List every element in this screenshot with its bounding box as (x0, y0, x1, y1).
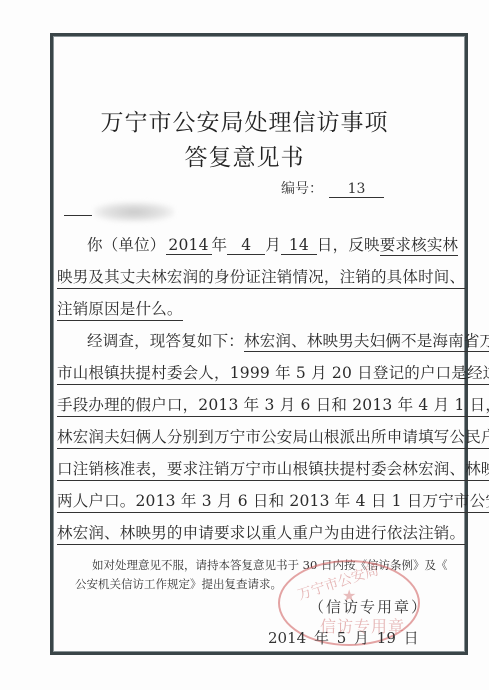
intro-line-2: 映男及其丈夫林宏润的身份证注销情况，注销的具体时间、 (57, 265, 465, 289)
document-subtitle: 答复意见书 (0, 139, 489, 172)
reply-line-2: 市山根镇扶提村委会人，1999 年 5 月 20 日登记的户口是经过非法 (57, 361, 489, 385)
reply-line-6: 两人户口。2013 年 3 月 6 日和 2013 年 4 日 1 日万宁市公安… (57, 489, 489, 513)
reply-line-3: 手段办理的假户口，2013 年 3 月 6 日和 2013 年 4 月 1 日，… (57, 393, 489, 417)
seal-label: （信访专用章） (309, 596, 428, 617)
recipient-dash (64, 215, 92, 216)
intro-line-3: 注销原因是什么。 (57, 297, 183, 321)
intro-day: 14 (281, 236, 317, 255)
appeal-notice-line-2: 公安机关信访工作规定》提出复查请求。 (75, 576, 282, 592)
redacted-recipient-name (94, 202, 174, 222)
reply-line-7: 林宏润、林映男的申请要求以重人重户为由进行依法注销。 (57, 521, 465, 545)
reply-line-1: 经调查，现答复如下：林宏润、林映男夫妇俩不是海南省万宁 (87, 329, 489, 351)
serial-number: 编号：13 (281, 178, 384, 198)
serial-label: 编号： (281, 181, 323, 197)
signature-date: 2014 年 5 月 19 日 (268, 627, 419, 648)
serial-value: 13 (329, 181, 384, 198)
reply-line-5: 口注销核准表，要求注销万宁市山根镇扶提村委会林宏润、林映男 (57, 457, 489, 481)
document-title: 万宁市公安局处理信访事项 (0, 104, 489, 137)
intro-year: 2014 (166, 236, 212, 255)
reply-line-4: 林宏润夫妇俩人分别到万宁市公安局山根派出所申请填写公民户 (57, 425, 489, 449)
intro-line-1: 你（单位）2014年4月14日，反映要求核实林 (87, 233, 458, 255)
intro-month: 4 (227, 236, 265, 255)
